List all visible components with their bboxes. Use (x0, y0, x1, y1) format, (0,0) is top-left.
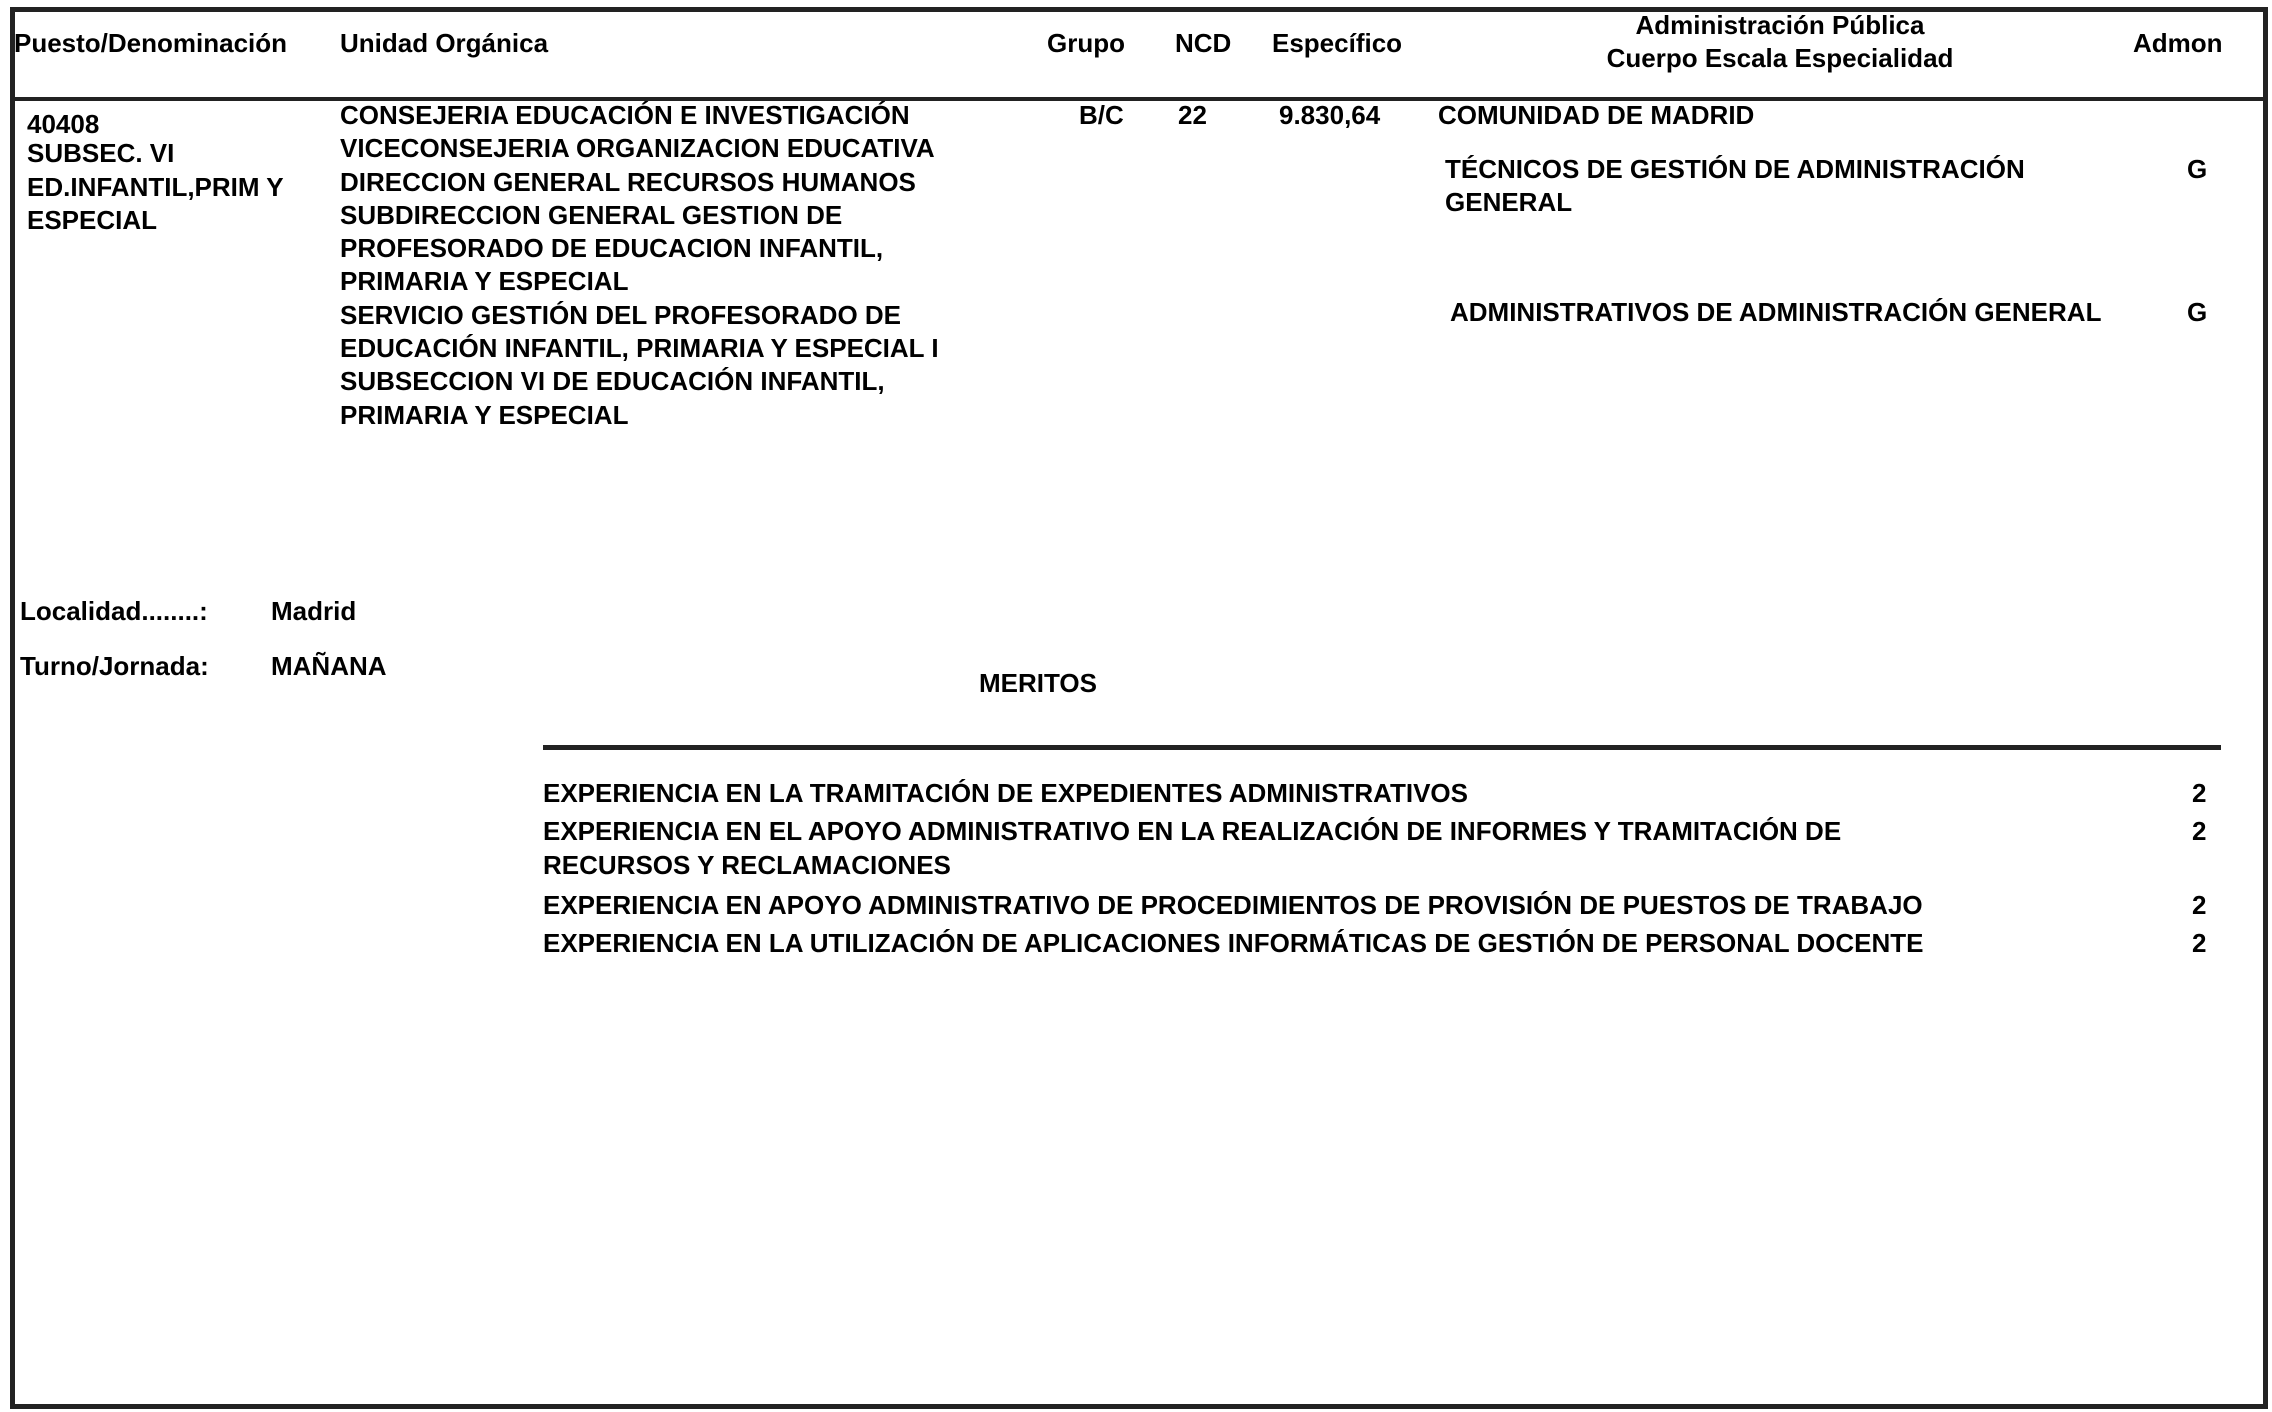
unidad-line: SERVICIO GESTIÓN DEL PROFESORADO DE (340, 299, 939, 332)
merito-points: 2 (2192, 815, 2206, 848)
cuerpo-entry: ADMINISTRATIVOS DE ADMINISTRACIÓN GENERA… (1450, 296, 2101, 329)
merito-item: EXPERIENCIA EN APOYO ADMINISTRATIVO DE P… (543, 889, 1923, 922)
puesto-line: ESPECIAL (27, 204, 284, 237)
cuerpo-entry: TÉCNICOS DE GESTIÓN DE ADMINISTRACIÓN GE… (1445, 153, 2025, 220)
unidad-line: SUBSECCION VI DE EDUCACIÓN INFANTIL, (340, 365, 939, 398)
puesto-line: ED.INFANTIL,PRIM Y (27, 171, 284, 204)
merito-item: EXPERIENCIA EN LA TRAMITACIÓN DE EXPEDIE… (543, 777, 1468, 810)
localidad-label: Localidad........: (20, 595, 208, 628)
unidad-line: PRIMARIA Y ESPECIAL (340, 399, 939, 432)
unidad-line: DIRECCION GENERAL RECURSOS HUMANOS (340, 166, 939, 199)
header-grupo: Grupo (1047, 27, 1125, 60)
merito-points: 2 (2192, 889, 2206, 922)
header-ncd: NCD (1175, 27, 1231, 60)
header-admin-publica: Administración Pública (1560, 9, 2000, 42)
merito-item: EXPERIENCIA EN LA UTILIZACIÓN DE APLICAC… (543, 927, 1924, 960)
turno-label: Turno/Jornada: (20, 650, 209, 683)
localidad-value: Madrid (271, 595, 356, 628)
cuerpo-line: GENERAL (1445, 186, 2025, 219)
cuerpo-admon: G (2187, 153, 2207, 186)
cuerpo-admon: G (2187, 296, 2207, 329)
puesto-cell: 40408 SUBSEC. VI ED.INFANTIL,PRIM Y ESPE… (27, 108, 284, 237)
merito-points: 2 (2192, 777, 2206, 810)
merito-item: EXPERIENCIA EN EL APOYO ADMINISTRATIVO E… (543, 815, 1841, 848)
grupo-value: B/C (1079, 99, 1124, 132)
unidad-line: PRIMARIA Y ESPECIAL (340, 265, 939, 298)
unidad-line: CONSEJERIA EDUCACIÓN E INVESTIGACIÓN (340, 99, 939, 132)
unidad-organica-cell: CONSEJERIA EDUCACIÓN E INVESTIGACIÓN VIC… (340, 99, 939, 432)
administracion-value: COMUNIDAD DE MADRID (1438, 99, 1754, 132)
merito-item-cont: RECURSOS Y RECLAMACIONES (543, 849, 951, 882)
puesto-line: SUBSEC. VI (27, 137, 284, 170)
unidad-line: EDUCACIÓN INFANTIL, PRIMARIA Y ESPECIAL … (340, 332, 939, 365)
especifico-value: 9.830,64 (1279, 99, 1380, 132)
meritos-rule (543, 745, 2221, 750)
puesto-code: 40408 (27, 108, 284, 141)
header-puesto: Puesto/Denominación (14, 27, 287, 60)
unidad-line: PROFESORADO DE EDUCACION INFANTIL, (340, 232, 939, 265)
header-admon: Admon (2133, 27, 2223, 60)
header-cuerpo-escala: Cuerpo Escala Especialidad (1560, 42, 2000, 75)
header-unidad: Unidad Orgánica (340, 27, 548, 60)
unidad-line: SUBDIRECCION GENERAL GESTION DE (340, 199, 939, 232)
header-especifico: Específico (1272, 27, 1402, 60)
ncd-value: 22 (1178, 99, 1207, 132)
turno-value: MAÑANA (271, 650, 387, 683)
unidad-line: VICECONSEJERIA ORGANIZACION EDUCATIVA (340, 132, 939, 165)
meritos-title: MERITOS (979, 667, 1097, 700)
merito-points: 2 (2192, 927, 2206, 960)
cuerpo-line: TÉCNICOS DE GESTIÓN DE ADMINISTRACIÓN (1445, 153, 2025, 186)
